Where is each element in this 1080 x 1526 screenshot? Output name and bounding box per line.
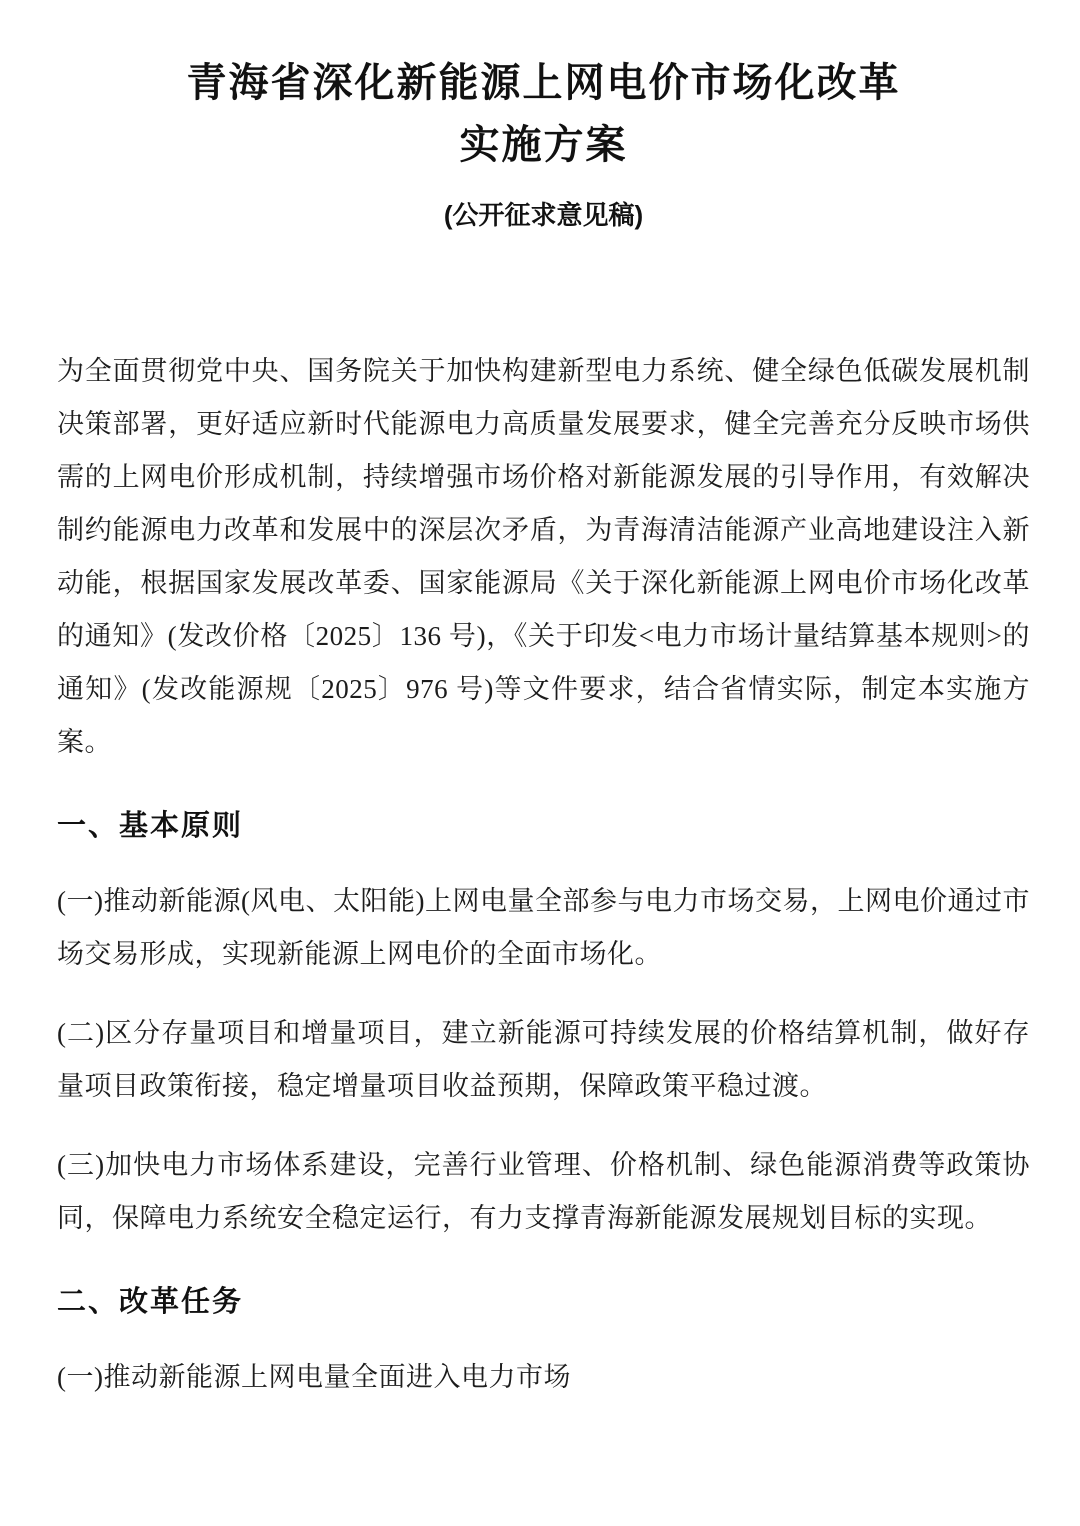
principle-item-1: (一)推动新能源(风电、太阳能)上网电量全部参与电力市场交易，上网电价通过市场交… xyxy=(57,875,1030,981)
document-title-line1: 青海省深化新能源上网电价市场化改革 xyxy=(57,52,1030,114)
principle-item-2: (二)区分存量项目和增量项目，建立新能源可持续发展的价格结算机制，做好存量项目政… xyxy=(57,1007,1030,1113)
principle-item-3: (三)加快电力市场体系建设，完善行业管理、价格机制、绿色能源消费等政策协同，保障… xyxy=(57,1139,1030,1245)
section-heading-reform-tasks: 二、改革任务 xyxy=(57,1281,1030,1323)
task-item-1: (一)推动新能源上网电量全面进入电力市场 xyxy=(57,1351,1030,1404)
document-page: 青海省深化新能源上网电价市场化改革 实施方案 (公开征求意见稿) 为全面贯彻党中… xyxy=(0,0,1080,1526)
intro-paragraph: 为全面贯彻党中央、国务院关于加快构建新型电力系统、健全绿色低碳发展机制决策部署，… xyxy=(57,345,1030,769)
document-subtitle: (公开征求意见稿) xyxy=(57,198,1030,232)
document-body: 为全面贯彻党中央、国务院关于加快构建新型电力系统、健全绿色低碳发展机制决策部署，… xyxy=(57,345,1030,1404)
document-title-line2: 实施方案 xyxy=(57,114,1030,176)
section-heading-basic-principles: 一、基本原则 xyxy=(57,805,1030,847)
